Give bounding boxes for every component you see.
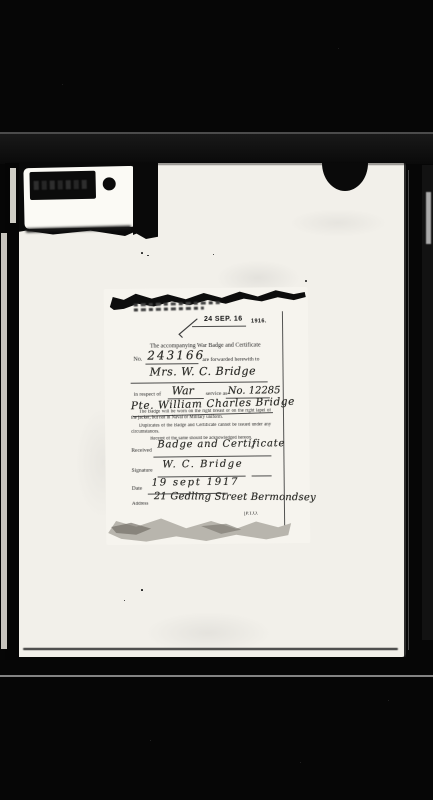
film-noise	[62, 84, 63, 85]
dust-speck	[141, 252, 143, 254]
adjacent-frame-sliver-right	[426, 192, 431, 244]
punch-hole	[322, 163, 368, 191]
page-bottom-edge	[23, 648, 398, 650]
note-wear-text: The Badge will be worn on the right brea…	[131, 408, 271, 421]
number-label: No.	[133, 357, 142, 363]
dust-speck	[141, 589, 143, 591]
date-value: 19 sept 1917	[152, 477, 240, 489]
film-left-gap	[5, 163, 19, 660]
page-right-highlight	[408, 170, 409, 650]
note-duplicates: Duplicates of the Badge and Certificate …	[131, 422, 271, 436]
recipient-name: Mrs. W. C. Bridge	[149, 364, 256, 378]
date-stamp: 24 SEP. 16	[204, 316, 243, 323]
film-noise	[338, 48, 339, 49]
film-noise	[300, 762, 301, 763]
page-right-edge	[404, 163, 406, 657]
dust-speck	[147, 255, 149, 256]
pto-note: [P.T.O.	[244, 511, 258, 516]
received-label: Received	[131, 448, 152, 454]
date-stamp-year: 1916.	[251, 318, 267, 324]
film-noise	[388, 700, 389, 701]
dust-speck	[305, 280, 307, 282]
scanned-page: 24 SEP. 16 1916. The accompanying War Ba…	[8, 163, 406, 657]
signature-label: Signature	[132, 468, 153, 474]
service-branch: War	[172, 384, 194, 397]
pen-check-mark	[179, 319, 197, 337]
counter-window	[29, 171, 96, 200]
film-notch	[133, 163, 158, 238]
dust-speck	[124, 600, 125, 601]
war-badge-receipt: 24 SEP. 16 1916. The accompanying War Ba…	[104, 287, 311, 545]
film-counter-card	[23, 166, 136, 229]
film-frame-line-bottom	[0, 675, 433, 677]
note-duplicates-text: Duplicates of the Badge and Certificate …	[131, 422, 271, 435]
forwarded-text: are forwarded herewith to	[202, 356, 259, 363]
microfilm-frame: 24 SEP. 16 1916. The accompanying War Ba…	[0, 0, 433, 800]
film-fade-band	[0, 134, 433, 164]
badge-number: 243166	[147, 348, 205, 363]
counter-hole-icon	[103, 177, 116, 190]
service-as-label: service as	[206, 391, 228, 397]
address-value: 21 Gedling Street Bermondsey	[154, 491, 316, 503]
signature-value: W. C. Bridge	[162, 459, 243, 471]
dust-speck	[213, 254, 214, 255]
service-number: No. 12285	[228, 385, 281, 397]
date-label: Date	[132, 486, 142, 492]
adjacent-frame-sliver-left	[1, 233, 7, 649]
film-noise	[150, 740, 151, 741]
note-wear-instructions: The Badge will be worn on the right brea…	[131, 408, 271, 422]
address-label: Address	[132, 502, 148, 507]
page-edge-sliver	[10, 168, 16, 223]
received-value: Badge and Certificate	[157, 438, 285, 450]
in-respect-of-label: in respect of	[134, 391, 161, 397]
signature-dash	[252, 475, 272, 476]
